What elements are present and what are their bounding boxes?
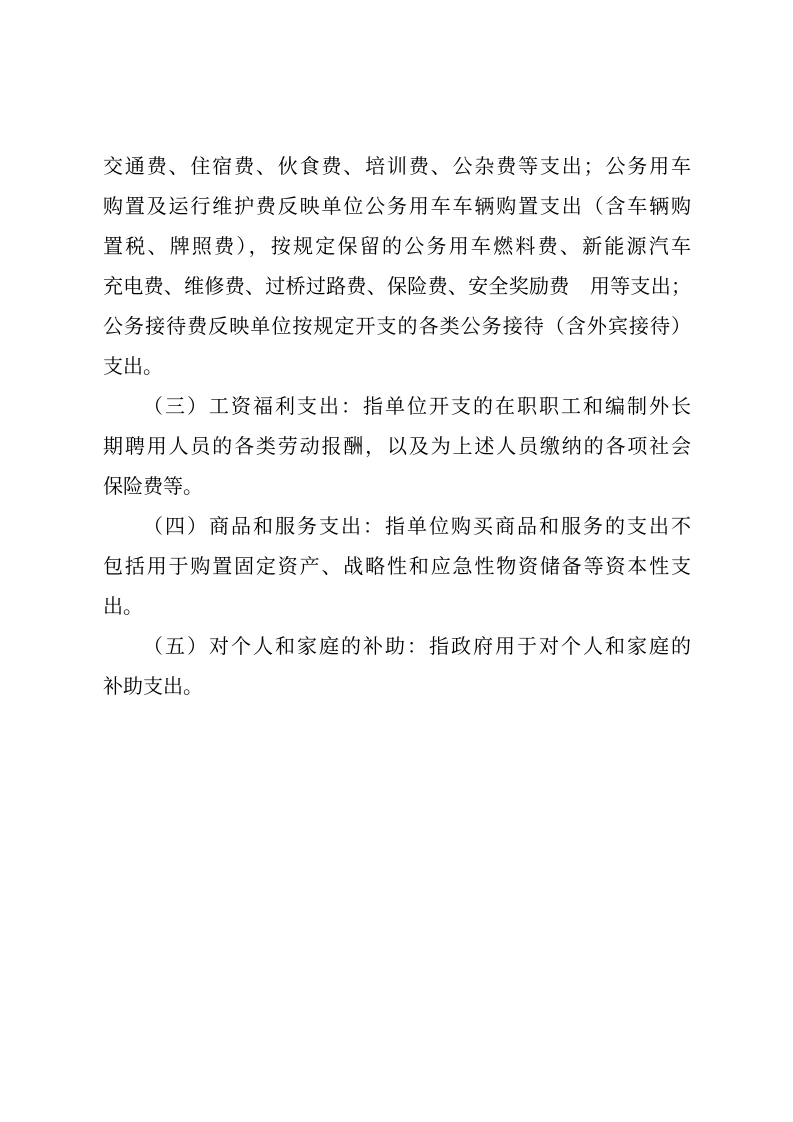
text-line: 出。 xyxy=(103,586,691,626)
text-line: （四）商品和服务支出：指单位购买商品和服务的支出不 xyxy=(103,506,691,546)
text-line: 充电费、维修费、过桥过路费、保险费、安全奖励费 用等支出； xyxy=(103,266,691,306)
paragraph-continuation: 交通费、住宿费、伙食费、培训费、公杂费等支出；公务用车 购置及运行维护费反映单位… xyxy=(103,146,691,386)
text-line: 包括用于购置固定资产、战略性和应急性物资储备等资本性支 xyxy=(103,546,691,586)
text-line: （三）工资福利支出：指单位开支的在职职工和编制外长 xyxy=(103,386,691,426)
text-line: 补助支出。 xyxy=(103,666,691,706)
text-line: 购置及运行维护费反映单位公务用车车辆购置支出（含车辆购 xyxy=(103,186,691,226)
text-line: 置税、牌照费），按规定保留的公务用车燃料费、新能源汽车 xyxy=(103,226,691,266)
paragraph-item-5: （五）对个人和家庭的补助：指政府用于对个人和家庭的 补助支出。 xyxy=(103,626,691,706)
text-line: 交通费、住宿费、伙食费、培训费、公杂费等支出；公务用车 xyxy=(103,146,691,186)
text-line: 保险费等。 xyxy=(103,466,691,506)
document-page: 交通费、住宿费、伙食费、培训费、公杂费等支出；公务用车 购置及运行维护费反映单位… xyxy=(0,0,793,1122)
document-text-block: 交通费、住宿费、伙食费、培训费、公杂费等支出；公务用车 购置及运行维护费反映单位… xyxy=(103,146,691,706)
text-line: 支出。 xyxy=(103,346,691,386)
paragraph-item-4: （四）商品和服务支出：指单位购买商品和服务的支出不 包括用于购置固定资产、战略性… xyxy=(103,506,691,626)
paragraph-item-3: （三）工资福利支出：指单位开支的在职职工和编制外长 期聘用人员的各类劳动报酬，以… xyxy=(103,386,691,506)
text-line: （五）对个人和家庭的补助：指政府用于对个人和家庭的 xyxy=(103,626,691,666)
text-line: 期聘用人员的各类劳动报酬，以及为上述人员缴纳的各项社会 xyxy=(103,426,691,466)
text-line: 公务接待费反映单位按规定开支的各类公务接待（含外宾接待） xyxy=(103,306,691,346)
